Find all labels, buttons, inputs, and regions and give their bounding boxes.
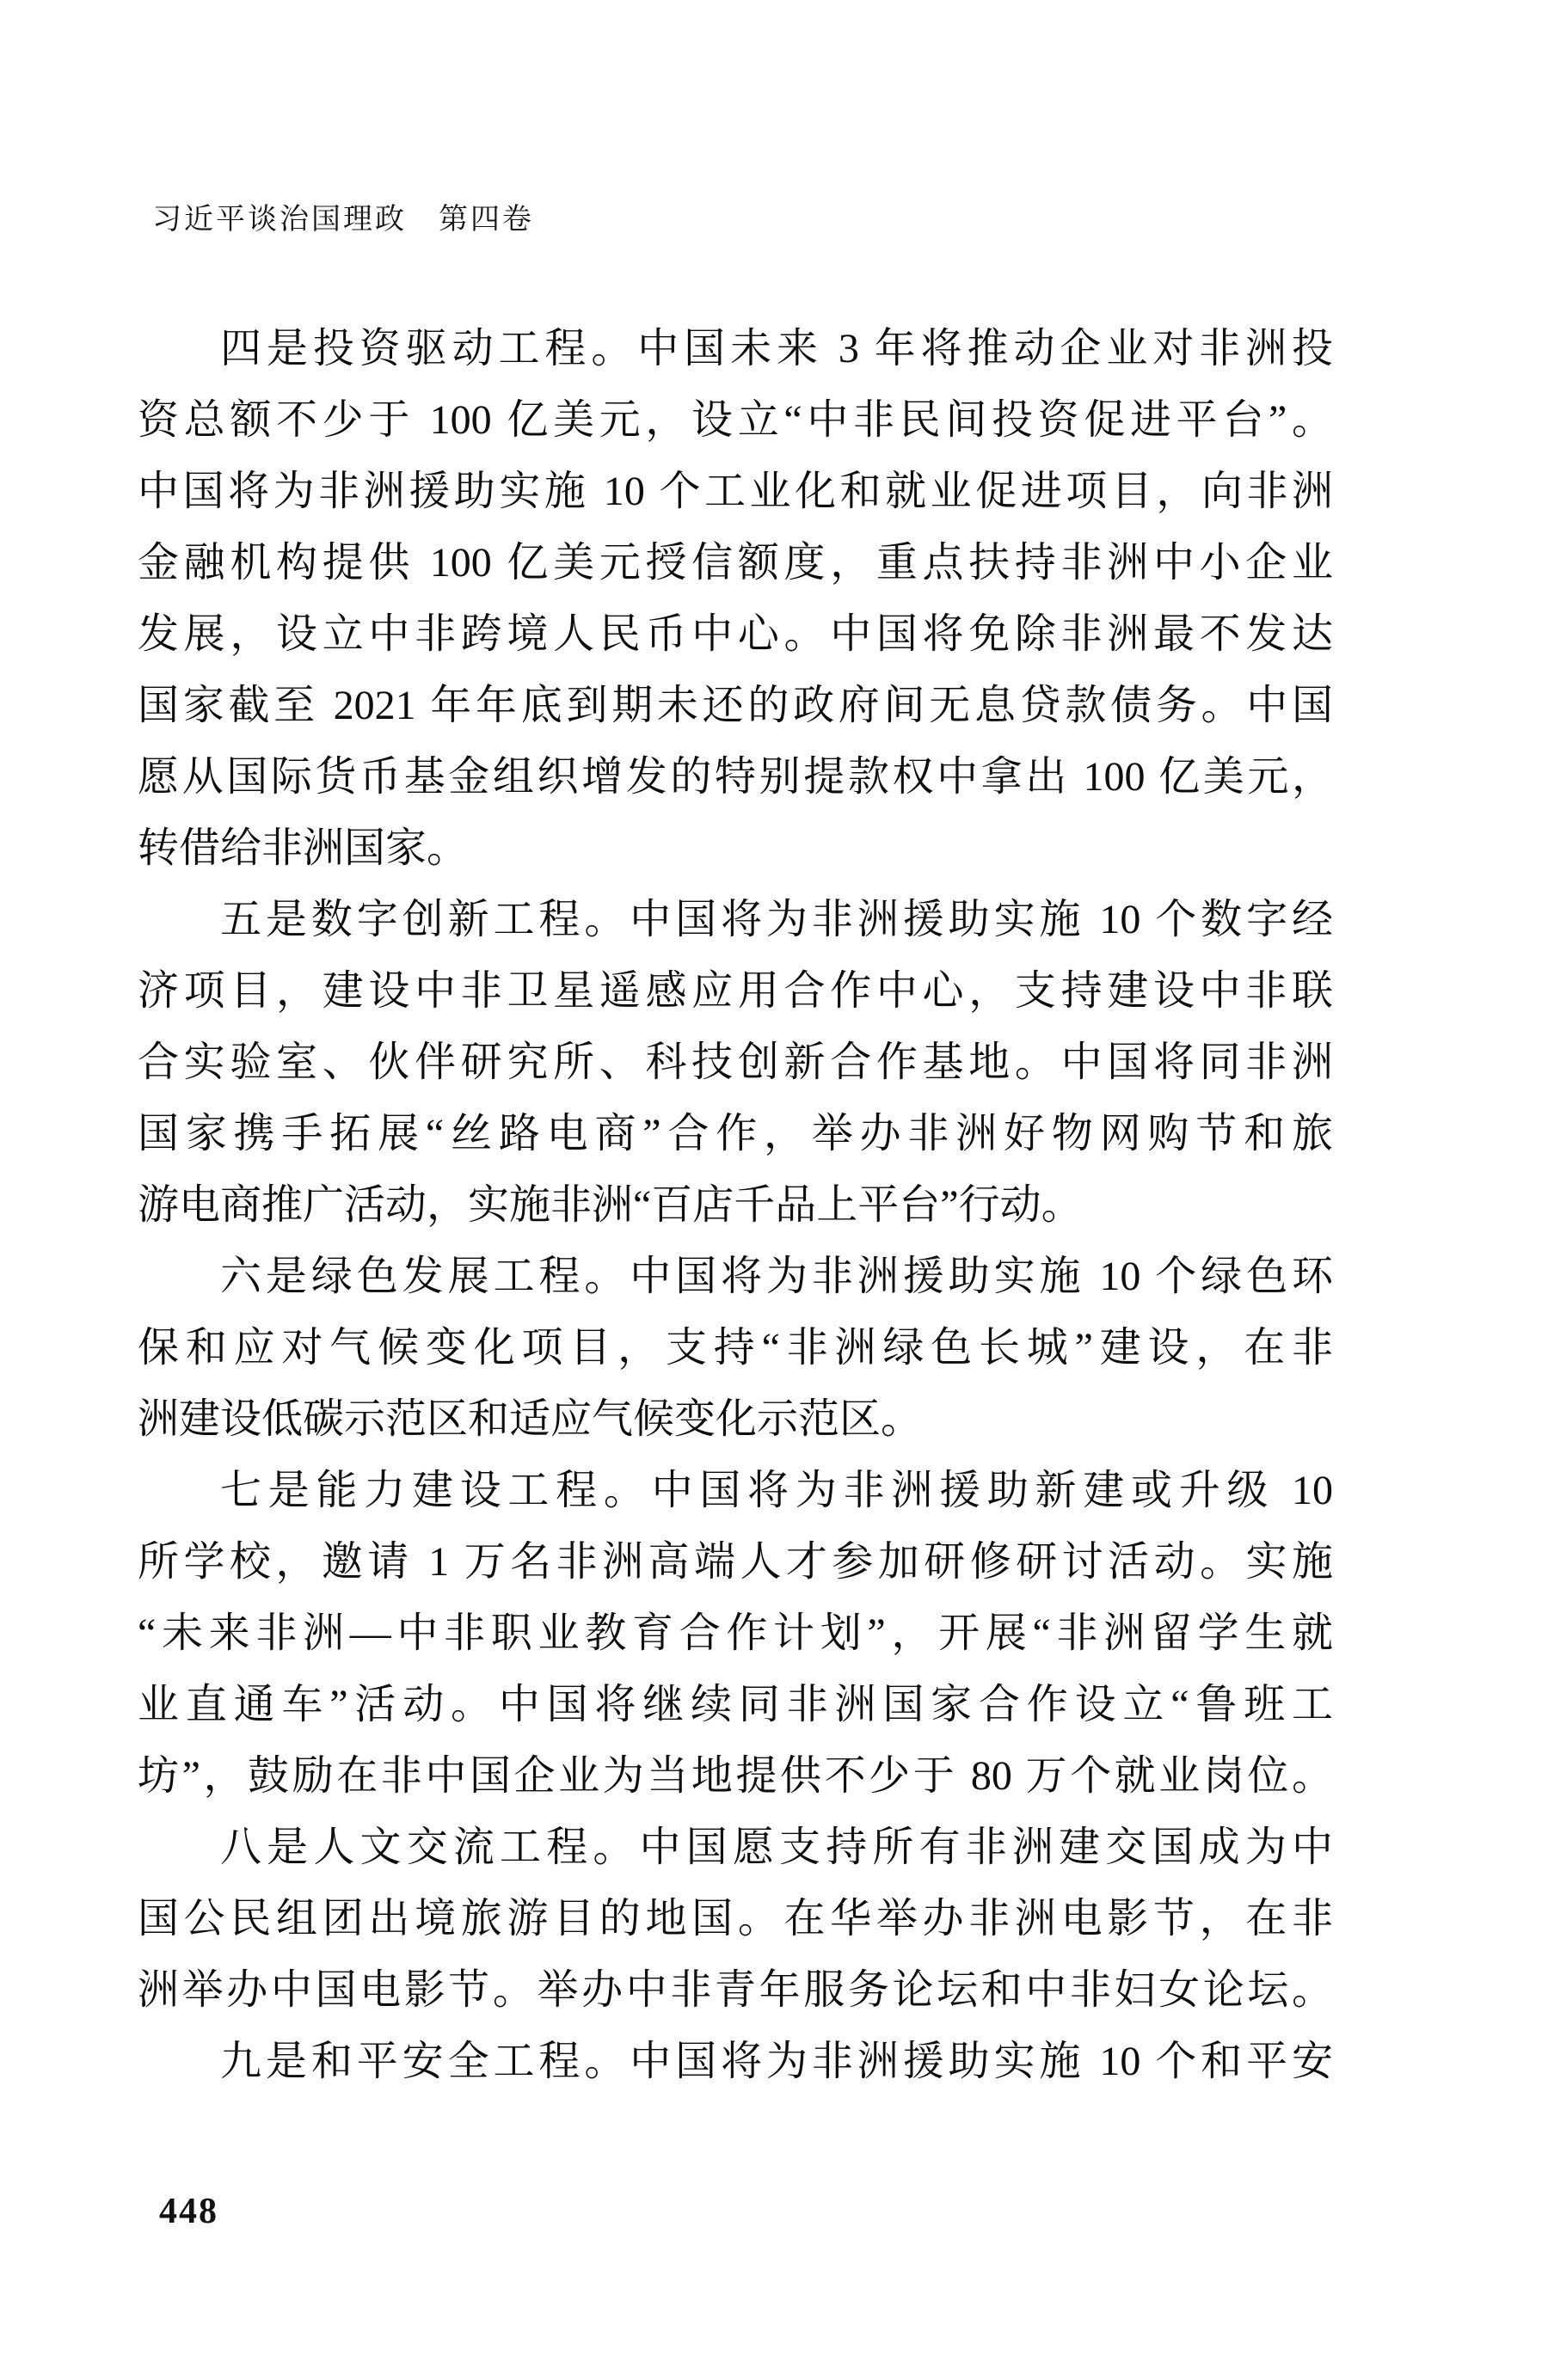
text-line: 愿从国际货币基金组织增发的特别提款权中拿出 100 亿美元， [138,741,1333,813]
text-line: 转借给非洲国家。 [138,813,1333,884]
text-line: 所学校，邀请 1 万名非洲高端人才参加研修研讨活动。实施 [138,1526,1333,1598]
text-line: 五是数字创新工程。中国将为非洲援助实施 10 个数字经 [138,884,1333,955]
text-line: 国公民组团出境旅游目的地国。在华举办非洲电影节，在非 [138,1883,1333,1954]
text-line: 游电商推广活动，实施非洲“百店千品上平台”行动。 [138,1169,1333,1241]
book-page: 习近平谈治国理政 第四卷 四是投资驱动工程。中国未来 3 年将推动企业对非洲投资… [0,0,1542,2380]
text-line: 七是能力建设工程。中国将为非洲援助新建或升级 10 [138,1455,1333,1526]
page-number: 448 [159,2191,218,2232]
text-line: 国家截至 2021 年年底到期未还的政府间无息贷款债务。中国 [138,670,1333,741]
body-text: 四是投资驱动工程。中国未来 3 年将推动企业对非洲投资总额不少于 100 亿美元… [138,313,1333,2097]
text-line: 九是和平安全工程。中国将为非洲援助实施 10 个和平安 [138,2026,1333,2097]
text-line: 合实验室、伙伴研究所、科技创新合作基地。中国将同非洲 [138,1027,1333,1098]
text-line: 资总额不少于 100 亿美元，设立“中非民间投资促进平台”。 [138,384,1333,456]
text-line: 国家携手拓展“丝路电商”合作，举办非洲好物网购节和旅 [138,1098,1333,1169]
running-header: 习近平谈治国理政 第四卷 [152,203,534,237]
text-line: 业直通车”活动。中国将继续同非洲国家合作设立“鲁班工 [138,1669,1333,1740]
text-line: 洲举办中国电影节。举办中非青年服务论坛和中非妇女论坛。 [138,1954,1333,2026]
text-line: 洲建设低碳示范区和适应气候变化示范区。 [138,1383,1333,1455]
text-line: 中国将为非洲援助实施 10 个工业化和就业促进项目，向非洲 [138,456,1333,527]
text-line: 坊”，鼓励在非中国企业为当地提供不少于 80 万个就业岗位。 [138,1740,1333,1812]
text-line: 济项目，建设中非卫星遥感应用合作中心，支持建设中非联 [138,955,1333,1027]
text-line: 发展，设立中非跨境人民币中心。中国将免除非洲最不发达 [138,598,1333,670]
text-line: 四是投资驱动工程。中国未来 3 年将推动企业对非洲投 [138,313,1333,384]
text-line: 八是人文交流工程。中国愿支持所有非洲建交国成为中 [138,1812,1333,1883]
text-line: “未来非洲—中非职业教育合作计划”，开展“非洲留学生就 [138,1598,1333,1669]
text-line: 保和应对气候变化项目，支持“非洲绿色长城”建设，在非 [138,1312,1333,1383]
text-line: 六是绿色发展工程。中国将为非洲援助实施 10 个绿色环 [138,1241,1333,1312]
text-line: 金融机构提供 100 亿美元授信额度，重点扶持非洲中小企业 [138,527,1333,598]
